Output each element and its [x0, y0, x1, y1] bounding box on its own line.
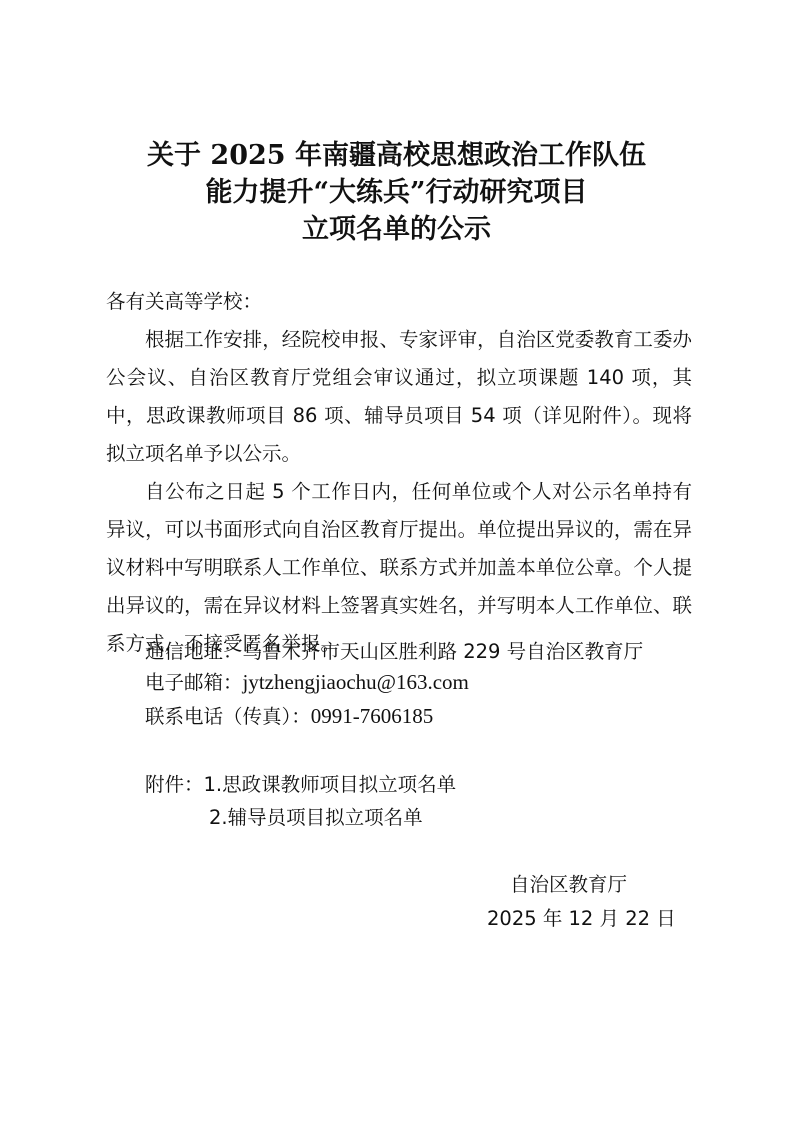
address-label: 通信地址： — [145, 640, 243, 663]
issue-date: 2025 年 12 月 22 日 — [487, 900, 676, 938]
address-value: 乌鲁木齐市天山区胜利路 229 号自治区教育厅 — [243, 640, 644, 663]
email-label: 电子邮箱： — [145, 671, 243, 694]
title-line-1: 关于 2025 年南疆高校思想政治工作队伍 — [0, 138, 793, 175]
attachment-item-1: 1.思政课教师项目拟立项名单 — [204, 773, 457, 796]
title-line-3: 立项名单的公示 — [0, 212, 793, 249]
attachment-item-2: 2.辅导员项目拟立项名单 — [209, 799, 423, 837]
salutation: 各有关高等学校： — [106, 283, 262, 321]
attachments-label: 附件： — [145, 773, 204, 796]
document-title: 关于 2025 年南疆高校思想政治工作队伍 能力提升“大练兵”行动研究项目 立项… — [0, 138, 793, 249]
contact-phone: 联系电话（传真）：0991-7606185 — [145, 697, 433, 736]
document-page: 关于 2025 年南疆高校思想政治工作队伍 能力提升“大练兵”行动研究项目 立项… — [0, 0, 793, 1122]
title-line-2: 能力提升“大练兵”行动研究项目 — [0, 175, 793, 212]
body-paragraph-1: 根据工作安排，经院校申报、专家评审，自治区党委教育工委办公会议、自治区教育厅党组… — [106, 321, 692, 473]
phone-value: 0991-7606185 — [311, 704, 434, 728]
phone-label: 联系电话（传真）： — [145, 705, 311, 728]
email-value: jytzhengjiaochu@163.com — [243, 670, 469, 694]
paragraph-text: 根据工作安排，经院校申报、专家评审，自治区党委教育工委办公会议、自治区教育厅党组… — [106, 321, 692, 473]
issuer: 自治区教育厅 — [510, 866, 627, 904]
